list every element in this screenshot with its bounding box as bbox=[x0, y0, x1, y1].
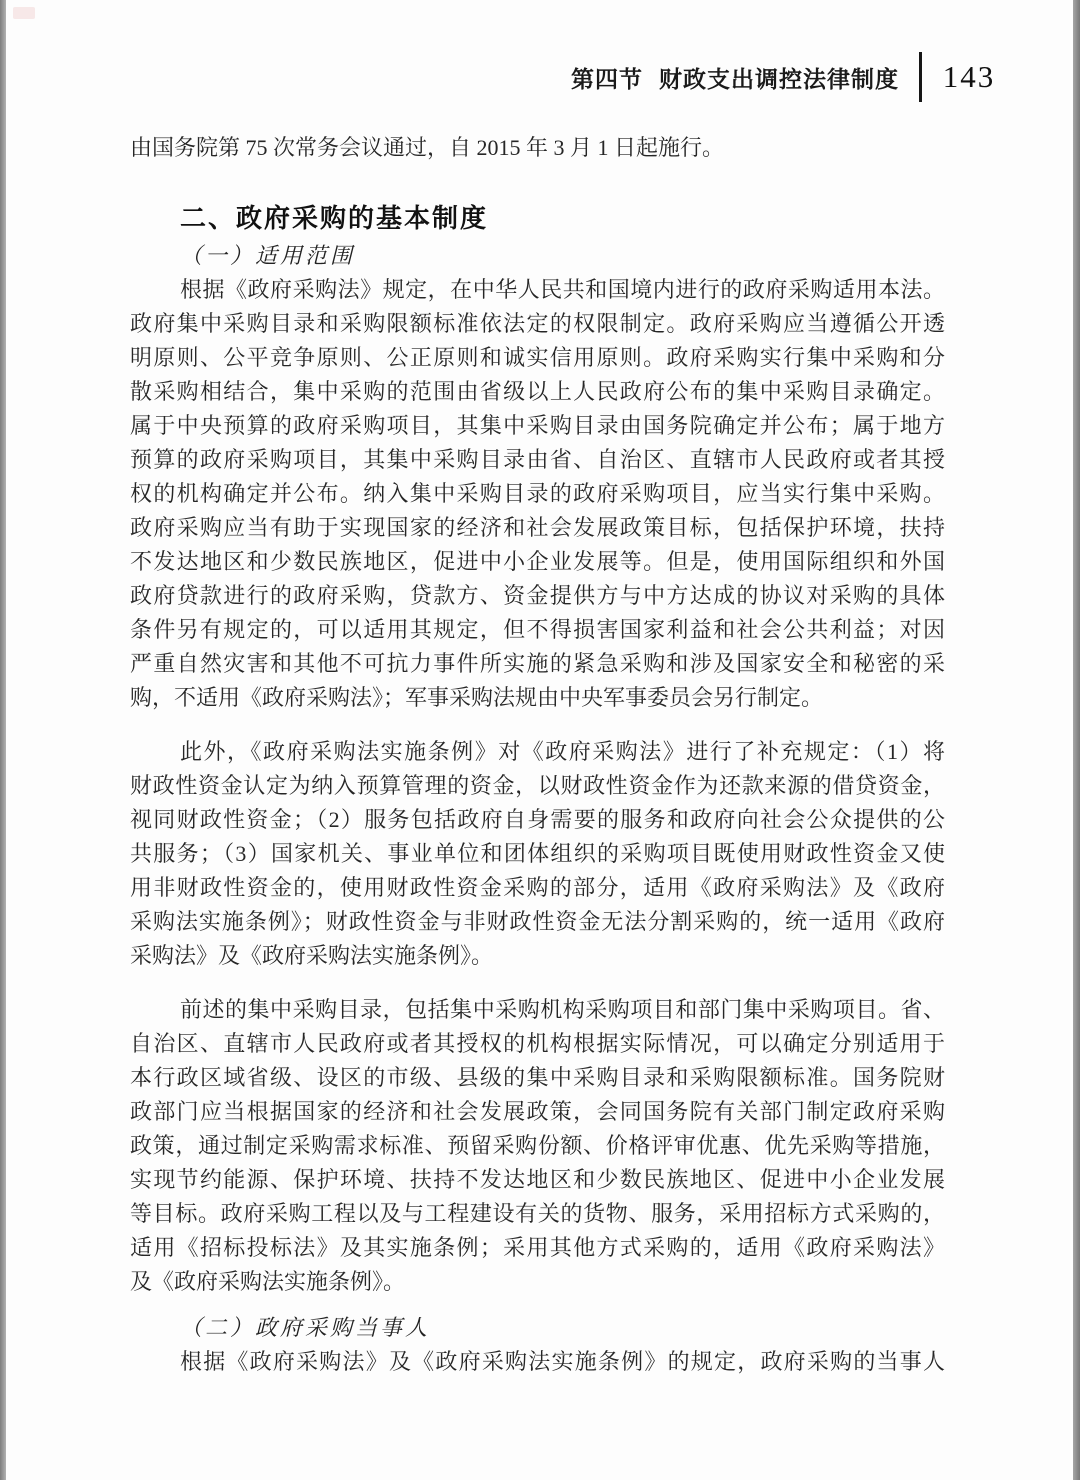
paragraph: 前述的集中采购目录，包括集中采购机构采购项目和部门集中采购项目。省、自治区、直辖… bbox=[130, 993, 945, 1299]
text-line: 用非财政性资金的，使用财政性资金采购的部分，适用《政府采购法》及《政府 bbox=[130, 871, 945, 905]
text-line: 此外，《政府采购法实施条例》对《政府采购法》进行了补充规定：（1）将 bbox=[130, 735, 945, 769]
text-line: 财政性资金认定为纳入预算管理的资金，以财政性资金作为还款来源的借贷资金， bbox=[130, 769, 945, 803]
text-line: 共服务；（3）国家机关、事业单位和团体组织的采购项目既使用财政性资金又使 bbox=[130, 837, 945, 871]
page-body: 由国务院第 75 次常务会议通过，自 2015 年 3 月 1 日起施行。二、政… bbox=[130, 131, 945, 1379]
paragraph: 根据《政府采购法》及《政府采购法实施条例》的规定，政府采购的当事人 bbox=[130, 1345, 945, 1379]
text-line: 政府采购应当有助于实现国家的经济和社会发展政策目标，包括保护环境，扶持 bbox=[130, 511, 945, 545]
text-line: 政策，通过制定采购需求标准、预留采购份额、价格评审优惠、优先采购等措施， bbox=[130, 1129, 945, 1163]
paragraph: 此外，《政府采购法实施条例》对《政府采购法》进行了补充规定：（1）将财政性资金认… bbox=[130, 735, 945, 973]
text-line: 采购法实施条例》；财政性资金与非财政性资金无法分割采购的，统一适用《政府 bbox=[130, 905, 945, 939]
scanned-page: { "document": { "header": { "section_lab… bbox=[0, 0, 1080, 1480]
text-line: 实现节约能源、保护环境、扶持不发达地区和少数民族地区、促进中小企业发展 bbox=[130, 1163, 945, 1197]
text-line: 根据《政府采购法》规定，在中华人民共和国境内进行的政府采购适用本法。 bbox=[130, 273, 945, 307]
text-line: 预算的政府采购项目，其集中采购目录由省、自治区、直辖市人民政府或者其授 bbox=[130, 443, 945, 477]
text-line: 政府贷款进行的政府采购，贷款方、资金提供方与中方达成的协议对采购的具体 bbox=[130, 579, 945, 613]
page-edge-shadow-left bbox=[0, 0, 6, 1480]
text-line: 前述的集中采购目录，包括集中采购机构采购项目和部门集中采购项目。省、 bbox=[130, 993, 945, 1027]
text-line: 适用《招标投标法》及其实施条例；采用其他方式采购的，适用《政府采购法》 bbox=[130, 1231, 945, 1265]
subsection-heading: （二）政府采购当事人 bbox=[130, 1311, 945, 1345]
text-line: 由国务院第 75 次常务会议通过，自 2015 年 3 月 1 日起施行。 bbox=[130, 131, 945, 165]
scan-artifact bbox=[13, 7, 35, 19]
text-line: 等目标。政府采购工程以及与工程建设有关的货物、服务，采用招标方式采购的， bbox=[130, 1197, 945, 1231]
text-line: 条件另有规定的，可以适用其规定，但不得损害国家利益和社会公共利益；对因 bbox=[130, 613, 945, 647]
text-line: 政府集中采购目录和采购限额标准依法定的权限制定。政府采购应当遵循公开透 bbox=[130, 307, 945, 341]
text-line: 政部门应当根据国家的经济和社会发展政策，会同国务院有关部门制定政府采购 bbox=[130, 1095, 945, 1129]
page-edge-shadow-right bbox=[1073, 0, 1080, 1480]
section-heading: 二、政府采购的基本制度 bbox=[130, 201, 945, 235]
text-line: 及《政府采购法实施条例》。 bbox=[130, 1265, 945, 1299]
text-line: 散采购相结合，集中采购的范围由省级以上人民政府公布的集中采购目录确定。 bbox=[130, 375, 945, 409]
page-header: 第四节 财政支出调控法律制度 143 bbox=[0, 52, 1002, 102]
subsection-heading: （一）适用范围 bbox=[130, 239, 945, 273]
text-line: 不发达地区和少数民族地区，促进中小企业发展等。但是，使用国际组织和外国 bbox=[130, 545, 945, 579]
text-line: 根据《政府采购法》及《政府采购法实施条例》的规定，政府采购的当事人 bbox=[130, 1345, 945, 1379]
text-line: 购，不适用《政府采购法》；军事采购法规由中央军事委员会另行制定。 bbox=[130, 681, 945, 715]
text-line: 权的机构确定并公布。纳入集中采购目录的政府采购项目，应当实行集中采购。 bbox=[130, 477, 945, 511]
text-line: 明原则、公平竞争原则、公正原则和诚实信用原则。政府采购实行集中采购和分 bbox=[130, 341, 945, 375]
text-line: 严重自然灾害和其他不可抗力事件所实施的紧急采购和涉及国家安全和秘密的采 bbox=[130, 647, 945, 681]
text-line: 属于中央预算的政府采购项目，其集中采购目录由国务院确定并公布；属于地方 bbox=[130, 409, 945, 443]
text-line: 本行政区域省级、设区的市级、县级的集中采购目录和采购限额标准。国务院财 bbox=[130, 1061, 945, 1095]
page-number: 143 bbox=[936, 59, 1002, 95]
header-divider bbox=[919, 52, 922, 102]
section-label: 第四节 bbox=[571, 61, 643, 94]
paragraph: 根据《政府采购法》规定，在中华人民共和国境内进行的政府采购适用本法。政府集中采购… bbox=[130, 273, 945, 715]
text-line: 视同财政性资金；（2）服务包括政府自身需要的服务和政府向社会公众提供的公 bbox=[130, 803, 945, 837]
text-line: 采购法》及《政府采购法实施条例》。 bbox=[130, 939, 945, 973]
section-title: 财政支出调控法律制度 bbox=[659, 61, 899, 94]
text-line: 自治区、直辖市人民政府或者其授权的机构根据实际情况，可以确定分别适用于 bbox=[130, 1027, 945, 1061]
